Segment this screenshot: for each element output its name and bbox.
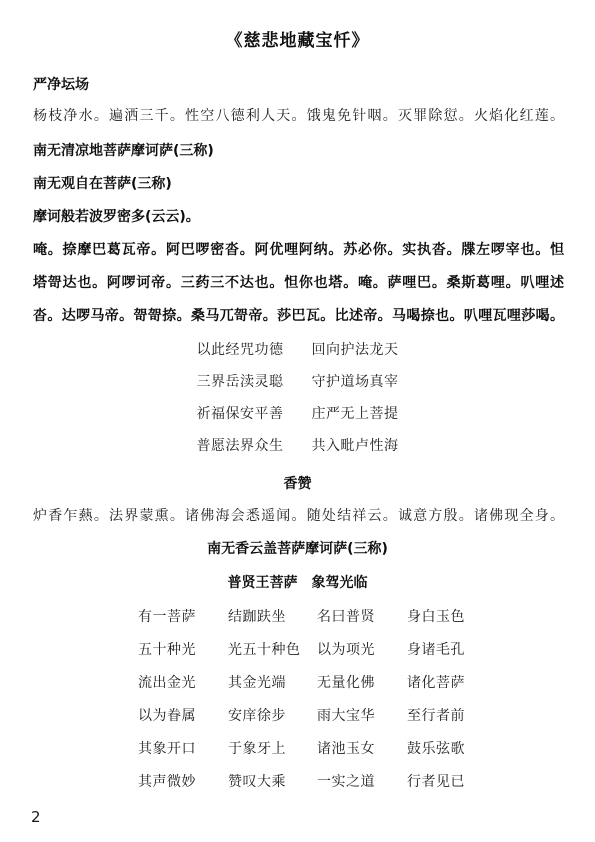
invocation-qingliangdi: 南无清凉地菩萨摩诃萨(三称): [33, 142, 564, 161]
couplet-right: 庄严无上菩提: [312, 405, 399, 423]
gatha-cell: 结跏趺坐: [228, 608, 317, 627]
document-page: 《慈悲地藏宝忏》 严净坛场 杨枝净水。遍洒三千。性空八德利人天。饿鬼免针咽。灭罪…: [0, 0, 595, 842]
gatha-cell: 行者见已: [407, 773, 465, 792]
couplet-row: 祈福保安平善 庄严无上菩提: [0, 405, 595, 423]
mantra-line-3: 沓。达啰马帝。哿哿捺。桑马兀哿帝。莎巴瓦。比述帝。马喝捺也。叭哩瓦哩莎喝。: [33, 307, 564, 326]
couplet-left: 普愿法界众生: [197, 437, 284, 455]
gatha-cell: 以为项光: [317, 641, 407, 660]
verse-incense: 炉香乍爇。法界蒙熏。诸佛海会悉遥闻。随处结祥云。诚意方殷。诸佛现全身。: [33, 507, 564, 526]
couplet-left: 祈福保安平善: [197, 405, 284, 423]
page-number: 2: [31, 807, 41, 827]
gatha-cell: 有一菩萨: [138, 608, 228, 627]
mantra-line-1: 唵。捺摩巴葛瓦帝。阿巴啰密沓。阿优哩阿纳。苏必你。实执沓。牒左啰宰也。怛: [33, 241, 564, 260]
gatha-cell: 雨大宝华: [317, 707, 407, 726]
couplet-right: 共入毗卢性海: [312, 437, 399, 455]
gatha-cell: 鼓乐弦歌: [407, 740, 465, 759]
section-heading-altar-purification: 严净坛场: [33, 76, 564, 95]
couplet-right: 守护道场真宰: [312, 373, 399, 391]
dedication-couplets: 以此经咒功德 回向护法龙天 三界岳渎灵聪 守护道场真宰 祈福保安平善 庄严无上菩…: [0, 341, 595, 469]
gatha-cell: 名曰普贤: [317, 608, 407, 627]
couplet-left: 以此经咒功德: [197, 341, 284, 359]
verse-willow-water: 杨枝净水。遍洒三千。性空八德利人天。饿鬼免针咽。灭罪除愆。火焰化红莲。: [33, 107, 564, 126]
gatha-cell: 诸化菩萨: [407, 674, 465, 693]
gatha-cell: 其声微妙: [138, 773, 228, 792]
page-title: 《慈悲地藏宝忏》: [0, 30, 595, 52]
gatha-cell: 诸池玉女: [317, 740, 407, 759]
gatha-cell: 五十种光: [138, 641, 228, 660]
gatha-cell: 其金光端: [228, 674, 317, 693]
gatha-cell: 赞叹大乘: [228, 773, 317, 792]
invocation-guanzizai: 南无观自在菩萨(三称): [33, 175, 564, 194]
couplet-row: 以此经咒功德 回向护法龙天: [0, 341, 595, 359]
gatha-grid: 有一菩萨 结跏趺坐 名曰普贤 身白玉色 五十种光 光五十种色 以为项光 身诸毛孔…: [138, 608, 465, 792]
gatha-cell: 其象开口: [138, 740, 228, 759]
gatha-cell: 至行者前: [407, 707, 465, 726]
couplet-row: 三界岳渎灵聪 守护道场真宰: [0, 373, 595, 391]
gatha-cell: 一实之道: [317, 773, 407, 792]
gatha-cell: 身白玉色: [407, 608, 465, 627]
couplet-right: 回向护法龙天: [312, 341, 399, 359]
couplet-left: 三界岳渎灵聪: [197, 373, 284, 391]
couplet-row: 普愿法界众生 共入毗卢性海: [0, 437, 595, 455]
gatha-cell: 于象牙上: [228, 740, 317, 759]
gatha-cell: 身诸毛孔: [407, 641, 465, 660]
gatha-cell: 以为眷属: [138, 707, 228, 726]
gatha-cell: 无量化佛: [317, 674, 407, 693]
invocation-xiangyungai: 南无香云盖菩萨摩诃萨(三称): [0, 540, 595, 559]
invocation-prajna: 摩诃般若波罗密多(云云)。: [33, 208, 564, 227]
section-heading-incense-praise: 香赞: [0, 475, 595, 494]
subheading-puxian: 普贤王菩萨 象驾光临: [0, 574, 595, 593]
gatha-cell: 流出金光: [138, 674, 228, 693]
gatha-cell: 安庠徐步: [228, 707, 317, 726]
mantra-line-2: 塔哿达也。阿啰诃帝。三药三不达也。怛你也塔。唵。萨哩巴。桑斯葛哩。叭哩述: [33, 274, 564, 293]
gatha-cell: 光五十种色: [228, 641, 317, 660]
